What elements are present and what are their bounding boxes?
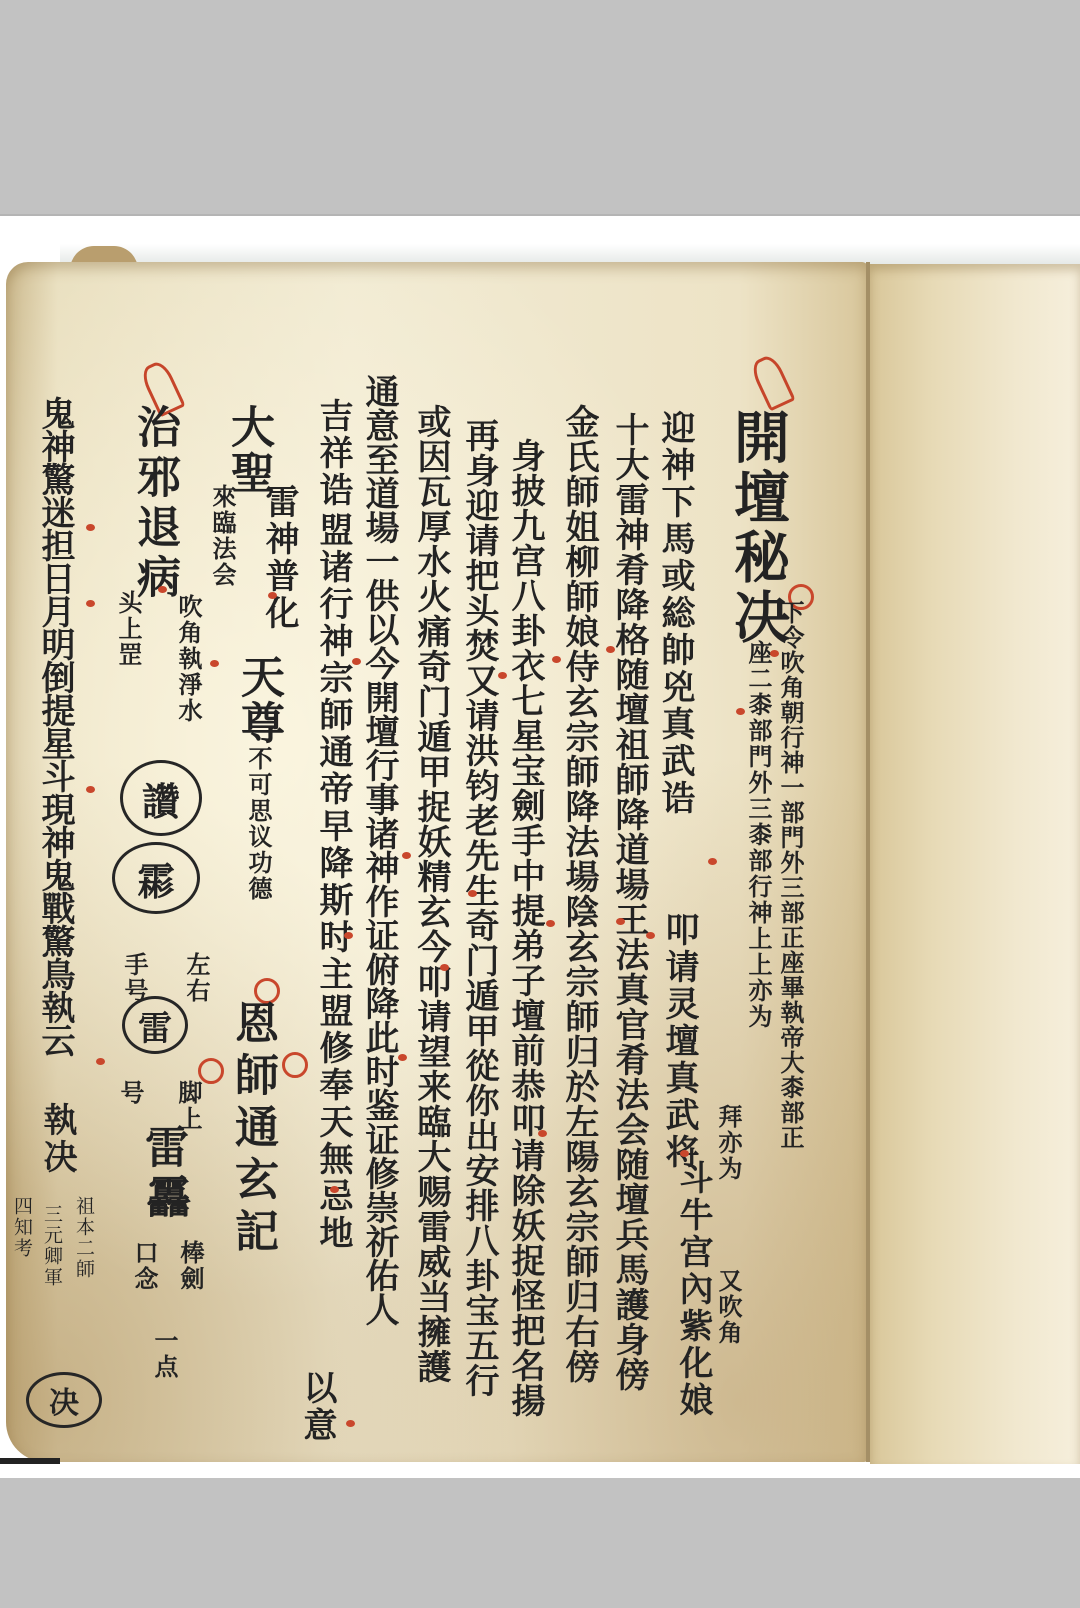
text-column: 來臨法会	[210, 484, 234, 588]
red-punctuation-dot	[498, 672, 507, 679]
red-punctuation-dot	[352, 658, 361, 665]
talisman-seal: 霦	[112, 842, 200, 914]
red-punctuation-dot	[708, 858, 717, 865]
talisman-glyph: 靐	[142, 1174, 186, 1220]
seal-glyph: 讚	[142, 771, 180, 826]
red-punctuation-dot	[680, 1150, 689, 1157]
page-bottom-shadow	[0, 1458, 60, 1464]
text-column: 叩请灵壇真武将	[662, 912, 696, 1171]
text-column: 身披九宫八卦衣七星宝劍手中提弟子壇前恭叩请除妖捉怪把名揚	[508, 438, 542, 1418]
text-column: 執决	[40, 1102, 74, 1176]
red-circle-mark-icon	[282, 1052, 308, 1078]
text-column: 座二桼部門外三桼部行神上上亦为	[746, 640, 770, 1030]
text-column: 或因瓦厚水火痛奇门遁甲捉妖精玄今叩请望来臨大赐雷威当擁護	[414, 404, 448, 1384]
red-punctuation-dot	[268, 592, 277, 599]
red-punctuation-dot	[646, 932, 655, 939]
red-punctuation-dot	[468, 890, 477, 897]
text-column: 头上罡	[116, 590, 140, 668]
text-column: 一点	[152, 1328, 176, 1380]
text-column: 又吹角	[716, 1268, 740, 1346]
text-column: 吉祥诰	[316, 398, 350, 509]
red-punctuation-dot	[398, 1054, 407, 1061]
talisman-seal: 讚	[120, 760, 202, 836]
text-column: 吹角執淨水	[176, 594, 200, 724]
red-punctuation-dot	[606, 646, 615, 653]
text-column: 手号	[122, 952, 146, 1004]
red-punctuation-dot	[552, 656, 561, 663]
text-column: 通意至道場一供以今開壇行事诸神作证俯降此时鉴证修崇祈佑人	[362, 374, 396, 1326]
text-column: 不可思议功德	[246, 746, 270, 902]
text-column: 迎神下馬或総帥兇真武诰	[658, 410, 692, 817]
red-punctuation-dot	[770, 650, 779, 657]
red-punctuation-dot	[344, 932, 353, 939]
text-column: 号	[118, 1080, 142, 1106]
seal-glyph: 霦	[137, 851, 175, 906]
text-column: 大聖	[226, 404, 270, 496]
text-column: 四知考	[12, 1196, 31, 1259]
red-punctuation-dot	[86, 524, 95, 531]
text-column: 以意	[300, 1370, 334, 1444]
red-punctuation-dot	[330, 1186, 339, 1193]
talisman-glyph: 雷	[140, 1124, 184, 1170]
text-column: 左右	[184, 952, 208, 1004]
manuscript-page-right	[870, 264, 1080, 1464]
text-column: 十大雷神肴降格随壇祖師降道場王法真官肴法会随壇兵馬護身傍	[612, 412, 646, 1392]
text-column: 口念	[132, 1240, 156, 1292]
text-column: 再身迎请把头焚又请洪钧老先生奇门遁甲從你出安排八卦宝五行	[462, 418, 496, 1398]
seal-glyph: 雷	[138, 1001, 172, 1050]
text-column: 盟诸行神宗師通帝早降斯时主盟修奉天無忌地	[316, 512, 350, 1252]
red-punctuation-dot	[402, 852, 411, 859]
text-column: 恩師通玄記	[230, 1000, 274, 1260]
red-punctuation-dot	[86, 600, 95, 607]
red-punctuation-dot	[736, 708, 745, 715]
red-punctuation-dot	[346, 1420, 355, 1427]
viewer-bottom-band	[0, 1478, 1080, 1608]
viewer-top-band	[0, 0, 1080, 216]
red-punctuation-dot	[440, 964, 449, 971]
text-column: 治邪退病	[132, 404, 176, 604]
red-punctuation-dot	[96, 1058, 105, 1065]
talisman-seal: 雷	[122, 996, 188, 1054]
text-column: 金氏師姐柳師娘侍玄宗師降法場陰玄宗師归於左陽玄宗師归右傍	[562, 404, 596, 1384]
red-punctuation-dot	[210, 660, 219, 667]
text-column: 三元卿軍	[42, 1204, 61, 1288]
text-column: 天尊	[236, 654, 280, 746]
text-column: 鬼神驚迷担日月明倒提星斗現神鬼戰驚鳥執云	[38, 396, 72, 1056]
text-column: 拜亦为	[716, 1104, 740, 1182]
red-punctuation-dot	[158, 586, 167, 593]
text-column: 下令吹角朝行神一部門外三部正座畢執帝大桼部正	[778, 600, 802, 1150]
text-column: 祖本二師	[74, 1196, 93, 1280]
seal-glyph: 决	[49, 1378, 79, 1422]
red-punctuation-dot	[538, 1130, 547, 1137]
text-column: 斗牛宫內紫化娘	[676, 1160, 710, 1419]
red-punctuation-dot	[86, 786, 95, 793]
red-punctuation-dot	[616, 918, 625, 925]
talisman-seal: 决	[26, 1372, 102, 1428]
text-column: 雷神普化	[262, 484, 296, 632]
text-column: 棒劍	[178, 1240, 202, 1292]
red-punctuation-dot	[546, 920, 555, 927]
